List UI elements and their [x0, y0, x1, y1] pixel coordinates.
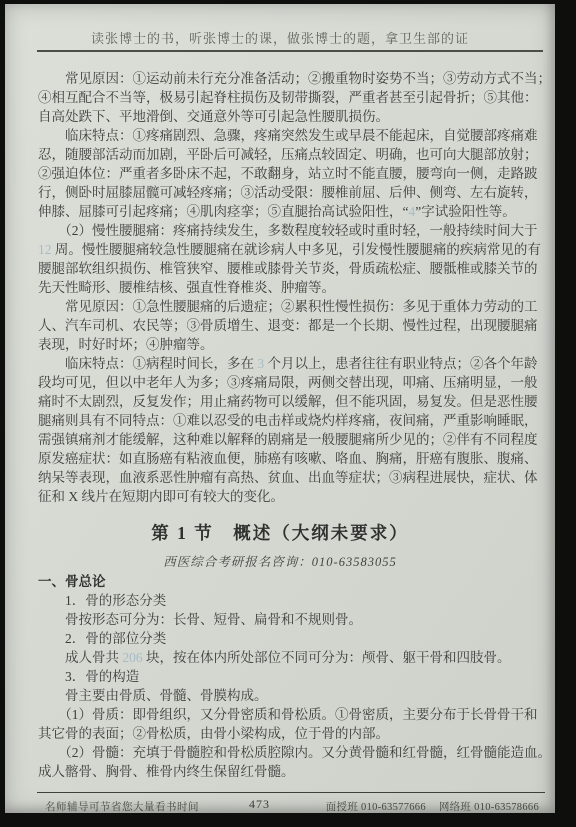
text-line: 2．骨的部位分类	[38, 629, 546, 648]
footer-rule	[37, 792, 545, 793]
text-segment: ②强迫体位：严重者多卧床不起，不敢翻身，站立时不能直腰，腰弯向一侧，走路跛	[38, 166, 538, 181]
text-segment: 纳呆等表现，血液系恶性肿瘤有高热、贫血、出血等症状；③病程进展快，症状、体	[38, 470, 538, 485]
text-line: 临床特点：①疼痛剧烈、急骤，疼痛突然发生或早晨不能起床，自觉腰部疼痛难	[38, 126, 546, 145]
footer-left-slogan: 名师辅导可节省您大量看书时间	[45, 799, 199, 814]
footer-phone-classroom: 面授班 010-63577666	[326, 802, 426, 813]
text-segment: （2）骨髓：充填于骨髓腔和骨松质腔隙内。又分黄骨髓和红骨髓，红骨髓能造血。	[38, 745, 551, 760]
text-segment: 腿痛则具有不同特点：①难以忍受的电击样或烧灼样疼痛，夜间痛，严重影响睡眠，	[38, 413, 538, 428]
text-segment: 一、骨总论	[38, 574, 106, 589]
text-segment: 3．骨的构造	[38, 669, 139, 684]
text-line: 其它骨的表面；②骨松质，由骨小梁构成，位于骨的内部。	[38, 724, 546, 743]
faded-number: 12	[38, 242, 52, 257]
text-segment: 人、汽车司机、农民等；③骨质增生、退变：都是一个长期、慢性过程，出现腰腿痛	[38, 318, 538, 333]
text-line: （2）慢性腰腿痛：疼痛持续发生，多数程度较轻或时重时轻，一般持续时间大于	[38, 221, 546, 240]
text-line: 3．骨的构造	[38, 667, 546, 686]
text-segment: 临床特点：①病程时间长，多在	[38, 356, 257, 371]
faded-number: 206	[122, 650, 142, 665]
text-segment: 常见原因：①运动前未行充分准备活动；②搬重物时姿势不当；③劳动方式不当；	[38, 71, 551, 86]
text-line: 忍，随腰部活动而加剧，平卧后可减轻，压痛点较固定、明确，也可向大腿部放射；	[38, 145, 546, 164]
text-line: 原发癌症状：如直肠癌有粘液血便，肺癌有咳嗽、咯血、胸痛，肝癌有腹胀、腹痛、	[38, 449, 546, 468]
text-segment: 行，侧卧时屈膝屈髋可减轻疼痛；③活动受限：腰椎前屈、后伸、侧弯、左右旋转，	[38, 185, 538, 200]
text-segment: 伸膝、屈膝可引起疼痛；④肌肉痉挛；⑤直腿抬高试验阳性，“	[38, 204, 409, 219]
text-segment: ④相互配合不当等，极易引起脊柱损伤及韧带撕裂，严重者甚至引起骨折；⑤其他：	[38, 90, 538, 105]
text-line: 1．骨的形态分类	[38, 591, 546, 610]
text-segment: 临床特点：①疼痛剧烈、急骤，疼痛突然发生或早晨不能起床，自觉腰部疼痛难	[38, 128, 538, 143]
text-segment: （1）骨质：即骨组织，又分骨密质和骨松质。①骨密质，主要分布于长骨骨干和	[38, 707, 538, 722]
footer-contacts: 面授班 010-63577666 网络班 010-63578666	[326, 799, 539, 814]
text-segment: 需强镇痛剂才能缓解，这种难以解释的剧痛是一般腰腿痛所少见的；②伴有不同程度	[38, 432, 538, 447]
section-heading: 第 1 节 概述（大纲未要求）	[5, 520, 555, 545]
text-line: 腰腿部软组织损伤、椎管狭窄、腰椎或膝骨关节炎，骨质疏松症、腰骶椎或膝关节的	[38, 259, 546, 278]
text-segment: （2）慢性腰腿痛：疼痛持续发生，多数程度较轻或时重时轻，一般持续时间大于	[38, 223, 538, 238]
text-segment: 先天性畸形、腰椎结核、强直性脊椎炎、肿瘤等。	[38, 280, 335, 295]
page-footer: 名师辅导可节省您大量看书时间 473 面授班 010-63577666 网络班 …	[37, 797, 545, 813]
text-line: 需强镇痛剂才能缓解，这种难以解释的剧痛是一般腰腿痛所少见的；②伴有不同程度	[38, 430, 546, 449]
text-line: 自高处跌下、平地滑倒、交通意外等可引起急性腰肌损伤。	[38, 107, 546, 126]
text-segment: 原发癌症状：如直肠癌有粘液血便，肺癌有咳嗽、咯血、胸痛，肝癌有腹胀、腹痛、	[38, 451, 538, 466]
bone-section: 一、骨总论 1．骨的形态分类 骨按形态可分为：长骨、短骨、扁骨和不规则骨。 2．…	[38, 572, 546, 781]
text-line: 骨按形态可分为：长骨、短骨、扁骨和不规则骨。	[38, 610, 546, 629]
consult-line: 西医综合考研报名咨询：010-63583055	[5, 552, 555, 570]
text-segment: 2．骨的部位分类	[38, 631, 166, 646]
text-segment: 成人髂骨、胸骨、椎骨内终生保留红骨髓。	[38, 764, 295, 779]
text-line: ②强迫体位：严重者多卧床不起，不敢翻身，站立时不能直腰，腰弯向一侧，走路跛	[38, 164, 546, 183]
text-line: 征和 X 线片在短期内即可有较大的变化。	[38, 487, 546, 506]
text-segment: 块，按在体内所处部位不同可分为：颅骨、躯干骨和四肢骨。	[143, 650, 511, 665]
running-head-slogan: 读张博士的书，听张博士的课，做张博士的题，拿卫生部的证	[5, 28, 555, 47]
text-segment: 周。慢性腰腿痛较急性腰腿痛在就诊病人中多见，引发慢性腰腿痛的疾病常见的有	[52, 242, 541, 257]
text-line: ④相互配合不当等，极易引起脊柱损伤及韧带撕裂，严重者甚至引起骨折；⑤其他：	[38, 88, 546, 107]
body-text: 常见原因：①运动前未行充分准备活动；②搬重物时姿势不当；③劳动方式不当；④相互配…	[38, 69, 546, 506]
text-line: 临床特点：①病程时间长，多在 3 个月以上，患者往往有职业特点；②各个年龄	[38, 354, 546, 373]
text-segment: 征和 X 线片在短期内即可有较大的变化。	[38, 489, 284, 504]
page-number: 473	[249, 797, 270, 812]
text-segment: 表现，时好时坏；④肿瘤等。	[38, 337, 214, 352]
text-segment: 自高处跌下、平地滑倒、交通意外等可引起急性腰肌损伤。	[38, 109, 389, 124]
scanned-page: 读张博士的书，听张博士的课，做张博士的题，拿卫生部的证 常见原因：①运动前未行充…	[0, 0, 576, 827]
text-line: 纳呆等表现，血液系恶性肿瘤有高热、贫血、出血等症状；③病程进展快，症状、体	[38, 468, 546, 487]
text-line: 一、骨总论	[38, 572, 546, 591]
text-line: 腿痛则具有不同特点：①难以忍受的电击样或烧灼样疼痛，夜间痛，严重影响睡眠，	[38, 411, 546, 430]
text-segment: 个月以上，患者往往有职业特点；②各个年龄	[264, 356, 537, 371]
text-segment: 1．骨的形态分类	[38, 593, 166, 608]
text-line: 痛时不太剧烈，反复发作；用止痛药物可以缓解，但不能巩固，易复发。但是恶性腰	[38, 392, 546, 411]
text-segment: 段均可见，但以中老年人为多；③疼痛局限，两侧交替出现，叩痛、压痛明显，一般	[38, 375, 538, 390]
text-segment: 骨主要由骨质、骨髓、骨膜构成。	[38, 688, 268, 703]
footer-phone-online: 网络班 010-63578666	[439, 802, 539, 813]
text-line: 段均可见，但以中老年人为多；③疼痛局限，两侧交替出现，叩痛、压痛明显，一般	[38, 373, 546, 392]
text-line: 12 周。慢性腰腿痛较急性腰腿痛在就诊病人中多见，引发慢性腰腿痛的疾病常见的有	[38, 240, 546, 259]
header-rule	[37, 50, 543, 52]
text-segment: 痛时不太剧烈，反复发作；用止痛药物可以缓解，但不能巩固，易复发。但是恶性腰	[38, 394, 538, 409]
text-line: 常见原因：①急性腰腿痛的后遗症；②累积性慢性损伤：多见于重体力劳动的工	[38, 297, 546, 316]
text-segment: 腰腿部软组织损伤、椎管狭窄、腰椎或膝骨关节炎，骨质疏松症、腰骶椎或膝关节的	[38, 261, 538, 276]
text-segment: ”字试验阳性等。	[415, 204, 516, 219]
text-segment: 其它骨的表面；②骨松质，由骨小梁构成，位于骨的内部。	[38, 726, 389, 741]
text-segment: 忍，随腰部活动而加剧，平卧后可减轻，压痛点较固定、明确，也可向大腿部放射；	[38, 147, 538, 162]
paper: 读张博士的书，听张博士的课，做张博士的题，拿卫生部的证 常见原因：①运动前未行充…	[5, 4, 555, 813]
text-line: 骨主要由骨质、骨髓、骨膜构成。	[38, 686, 546, 705]
text-line: 成人骨共 206 块，按在体内所处部位不同可分为：颅骨、躯干骨和四肢骨。	[38, 648, 546, 667]
text-line: 行，侧卧时屈膝屈髋可减轻疼痛；③活动受限：腰椎前屈、后伸、侧弯、左右旋转，	[38, 183, 546, 202]
text-line: 先天性畸形、腰椎结核、强直性脊椎炎、肿瘤等。	[38, 278, 546, 297]
text-line: 常见原因：①运动前未行充分准备活动；②搬重物时姿势不当；③劳动方式不当；	[38, 69, 546, 88]
text-line: 成人髂骨、胸骨、椎骨内终生保留红骨髓。	[38, 762, 546, 781]
text-segment: 常见原因：①急性腰腿痛的后遗症；②累积性慢性损伤：多见于重体力劳动的工	[38, 299, 538, 314]
text-line: 表现，时好时坏；④肿瘤等。	[38, 335, 546, 354]
text-line: 伸膝、屈膝可引起疼痛；④肌肉痉挛；⑤直腿抬高试验阳性，“4”字试验阳性等。	[38, 202, 546, 221]
text-line: （1）骨质：即骨组织，又分骨密质和骨松质。①骨密质，主要分布于长骨骨干和	[38, 705, 546, 724]
text-line: （2）骨髓：充填于骨髓腔和骨松质腔隙内。又分黄骨髓和红骨髓，红骨髓能造血。	[38, 743, 546, 762]
text-line: 人、汽车司机、农民等；③骨质增生、退变：都是一个长期、慢性过程，出现腰腿痛	[38, 316, 546, 335]
text-segment: 成人骨共	[38, 650, 122, 665]
text-segment: 骨按形态可分为：长骨、短骨、扁骨和不规则骨。	[38, 612, 362, 627]
